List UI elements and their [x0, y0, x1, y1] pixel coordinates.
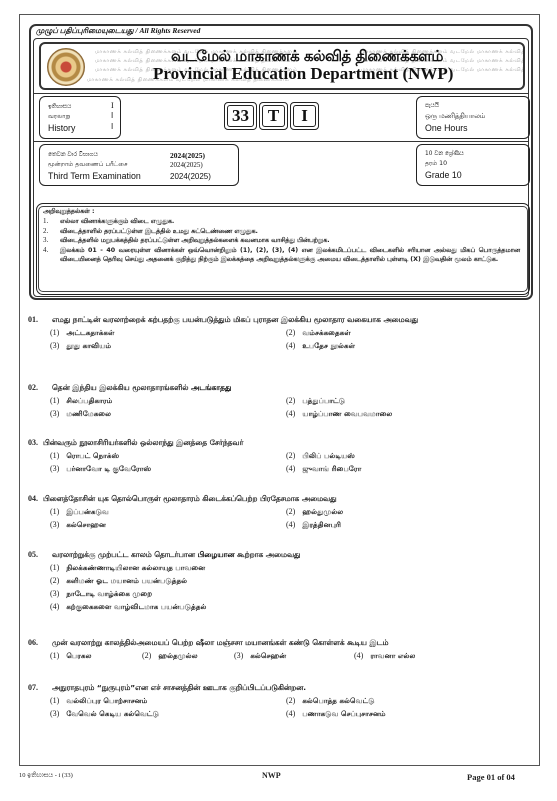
paper-code-part: I — [290, 102, 319, 130]
option-1[interactable]: (1)நிலக்கண்ணாடியிலான கல்லாயுத பாவனை — [50, 561, 522, 574]
option-1[interactable]: (1)பெரகல — [50, 649, 142, 662]
option-2[interactable]: (2)கல்பொத்த கல்வெட்டு — [286, 694, 522, 707]
option-4[interactable]: (4)உபதேச நூல்கள் — [286, 339, 522, 352]
options: (1)பெரகல (2)ஹல்தமுல்ல (3)கல்செஹன் (4)ராவ… — [50, 649, 533, 662]
question-stem: 01. எமது நாட்டின் வரலாற்றைக் கற்பதற்கு ப… — [28, 314, 533, 326]
option-4[interactable]: (4)ஜுவாங் ரிபைரோ — [286, 462, 522, 475]
duration-english: One Hours — [425, 122, 529, 134]
grade-sinhala: 10 වන ශ්‍රේණිය — [425, 149, 529, 159]
grade-tamil: தரம் 10 — [425, 159, 529, 169]
options: (1)நிலக்கண்ணாடியிலான கல்லாயுத பாவனை (2)க… — [50, 561, 533, 613]
footer-paper-ref: 10 ඉතිහාසය - i (33) — [19, 772, 73, 780]
subject-tamil: வரலாறு — [48, 112, 120, 122]
option-3[interactable]: (3)கல்செஹன் — [234, 649, 354, 662]
option-3[interactable]: (3)கல்சொஹன — [50, 518, 286, 531]
divider — [33, 93, 529, 94]
option-1[interactable]: (1)சிலப்பதிகாரம் — [50, 394, 286, 407]
duration-tamil: ஒரு மணித்தியாலம் — [425, 111, 529, 122]
subject-box: ඉතිහාසය வரலாறு History I I I — [39, 96, 121, 139]
question-01: 01. எமது நாட்டின் வரலாற்றைக் கற்பதற்கு ப… — [28, 314, 533, 352]
paper-number: I — [111, 111, 113, 120]
emphasis: பிழையான — [198, 550, 235, 559]
option-3[interactable]: (3)நாடோடி வாழ்க்கை முறை — [50, 587, 522, 600]
options: (1)சிலப்பதிகாரம் (2)பத்துப்பாட்டு (3)மணி… — [50, 394, 533, 420]
option-1[interactable]: (1)அட்டகதாக்கள் — [50, 326, 286, 339]
option-2[interactable]: (2)பத்துப்பாட்டு — [286, 394, 522, 407]
instruction-item: 4. இலக்கம் 01 - 40 வரையுள்ள வினாக்கள் ஒவ… — [43, 246, 529, 265]
question-06: 06. முன் வரலாற்று காலத்தில்அமையப் பெற்ற … — [28, 637, 533, 662]
question-05: 05. வரலாற்றுக்கு முற்பட்ட காலம் தொடர்பான… — [28, 549, 533, 613]
provincial-crest-icon — [47, 48, 85, 86]
option-2[interactable]: (2)ஹல்தமுல்ல — [142, 649, 234, 662]
question-07: 07. அநுராதபுரம் “நுருபுரம்”என எச் சாசனத்… — [28, 682, 533, 720]
instructions-title: அறிவுறுத்தல்கள் : — [43, 208, 529, 216]
option-3[interactable]: (3)மணிமேகலை — [50, 407, 286, 420]
instruction-item: 2. விடைத்தாளில் தரப்பட்டுள்ள இடத்தில் உம… — [43, 227, 529, 237]
emphasis: அடங்காதது — [191, 383, 231, 392]
department-banner: மாகாணக் கல்வித் திணைக்களம் வடமேல் மாகாணக… — [39, 42, 525, 90]
option-2[interactable]: (2)ஹல்துமுல்ல — [286, 505, 522, 518]
option-4[interactable]: (4)ராவனா எல்ல — [354, 649, 474, 662]
grade-english: Grade 10 — [425, 169, 529, 181]
question-stem: 02. தென் இந்திய இலக்கிய மூலாதாரங்களில் அ… — [28, 382, 533, 394]
paper-code: 33 T I — [224, 102, 319, 130]
question-stem: 05. வரலாற்றுக்கு முற்பட்ட காலம் தொடர்பான… — [28, 549, 533, 561]
options: (1)வல்லிப்புர பொற்சாசனம் (2)கல்பொத்த கல்… — [50, 694, 533, 720]
option-1[interactable]: (1)வல்லிப்புர பொற்சாசனம் — [50, 694, 286, 707]
term-tamil: மூன்றாம் தவணைப் பரீட்சை 2024(2025) — [48, 160, 238, 170]
paper-number: I — [111, 122, 113, 131]
department-title-english: Provincial Education Department (NWP) — [153, 64, 453, 84]
option-4[interactable]: (4)யாழ்ப்பாண வைபவமாலை — [286, 407, 522, 420]
divider — [33, 141, 529, 142]
term-english: Third Term Examination 2024(2025) — [48, 170, 238, 182]
question-stem: 04. பிளைத்தோசின் யுக தொல்பொருள் மூலாதாரம… — [28, 493, 533, 505]
copyright-notice: முழுப் பதிப்புரிமையுடையது / All Rights R… — [36, 26, 200, 36]
subject-english: History — [48, 122, 120, 134]
option-1[interactable]: (1)இப்பன்கடுவ — [50, 505, 286, 518]
footer-province: NWP — [262, 771, 281, 780]
paper-code-subject: 33 — [224, 102, 257, 130]
question-stem: 06. முன் வரலாற்று காலத்தில்அமையப் பெற்ற … — [28, 637, 533, 649]
option-3[interactable]: (3)தூது காவியம் — [50, 339, 286, 352]
duration-box: පැයයි ஒரு மணித்தியாலம் One Hours — [416, 96, 530, 139]
grade-box: 10 වන ශ්‍රේණිය தரம் 10 Grade 10 — [416, 144, 530, 186]
options: (1)ரொபட் நொக்ஸ் (2)பிலிப் பல்டியஸ் (3)பர… — [50, 449, 533, 475]
option-3[interactable]: (3)வேவெல் கெடிய கல்வெட்டு — [50, 707, 286, 720]
option-2[interactable]: (2)பிலிப் பல்டியஸ் — [286, 449, 522, 462]
options: (1)அட்டகதாக்கள் (2)வம்சக்கதைகள் (3)தூது … — [50, 326, 533, 352]
instruction-item: 3. விடைத்தளில் மறுபக்கத்தில் தரப்பட்டுள்… — [43, 236, 529, 246]
instructions-box: அறிவுறுத்தல்கள் : 1. எல்லா வினாக்களுக்கு… — [36, 203, 530, 295]
question-04: 04. பிளைத்தோசின் யுக தொல்பொருள் மூலாதாரம… — [28, 493, 533, 531]
option-3[interactable]: (3)பர்னாவோ டி குவேரோஸ் — [50, 462, 286, 475]
instruction-item: 1. எல்லா வினாக்களுக்கும் விடை எழுதுக. — [43, 217, 529, 227]
term-sinhala: තෙවන වාර විභාගය 2024(2025) — [48, 150, 238, 160]
option-4[interactable]: (4)கற்குகைகளை வாழ்விடமாக பயன்படுத்தல் — [50, 600, 522, 613]
question-stem: 03. பின்வரும் நூலாசிரியர்களில் ஒல்லாந்து… — [28, 437, 533, 449]
exam-term-box: තෙවන වාර විභාගය 2024(2025) மூன்றாம் தவணை… — [39, 144, 239, 186]
paper-code-medium: T — [259, 102, 288, 130]
subject-sinhala: ඉතිහාසය — [48, 102, 120, 112]
page-number: Page 01 of 04 — [467, 772, 515, 782]
options: (1)இப்பன்கடுவ (2)ஹல்துமுல்ல (3)கல்சொஹன (… — [50, 505, 533, 531]
question-03: 03. பின்வரும் நூலாசிரியர்களில் ஒல்லாந்து… — [28, 437, 533, 475]
duration-sinhala: පැයයි — [425, 101, 529, 111]
paper-number: I — [111, 101, 114, 110]
option-4[interactable]: (4)பணாகடுவ செப்புசாசனம் — [286, 707, 522, 720]
option-4[interactable]: (4)இரத்தினபுரி — [286, 518, 522, 531]
option-2[interactable]: (2)வம்சக்கதைகள் — [286, 326, 522, 339]
option-1[interactable]: (1)ரொபட் நொக்ஸ் — [50, 449, 286, 462]
question-02: 02. தென் இந்திய இலக்கிய மூலாதாரங்களில் அ… — [28, 382, 533, 420]
question-stem: 07. அநுராதபுரம் “நுருபுரம்”என எச் சாசனத்… — [28, 682, 533, 694]
option-2[interactable]: (2)களிமண் ஓட மயானம் பயன்படுத்தல் — [50, 574, 522, 587]
